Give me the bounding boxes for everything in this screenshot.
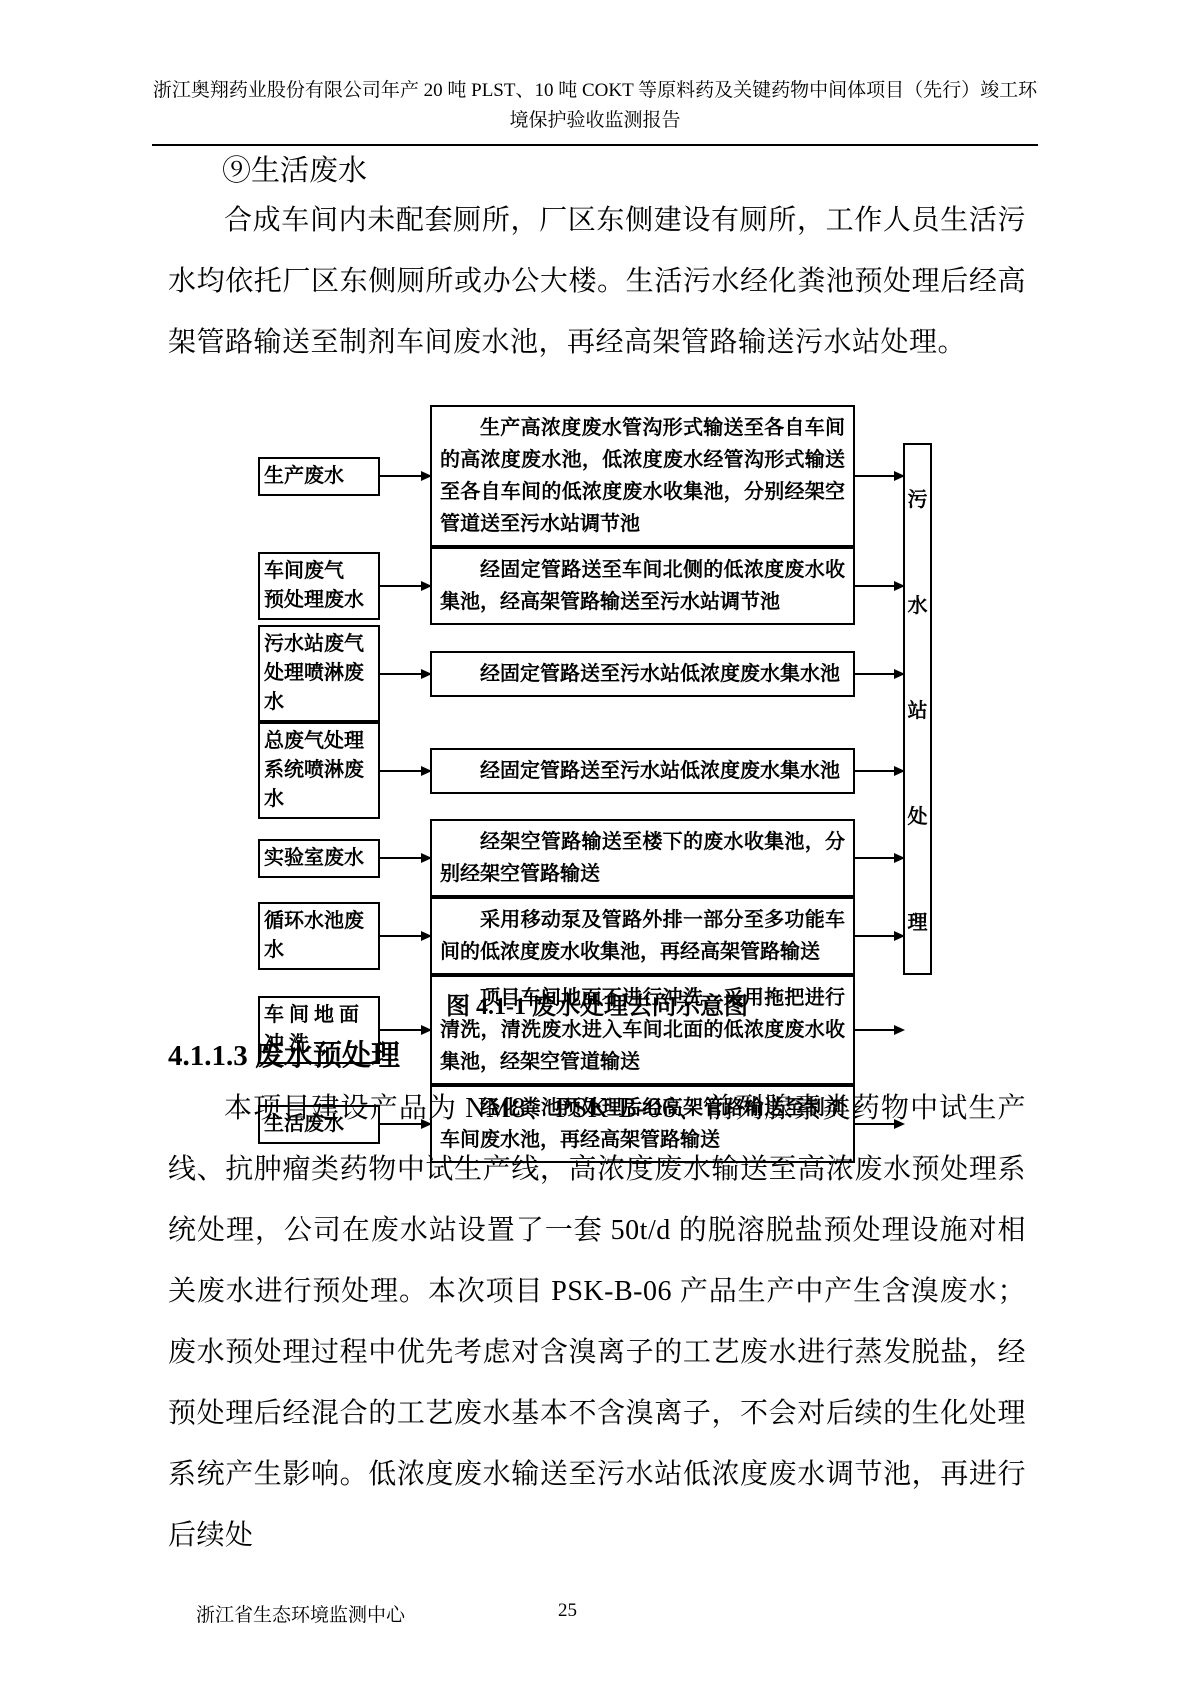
route-box: 经固定管路送至污水站低浓度废水集水池 — [430, 651, 855, 697]
flow-row-laboratory-wastewater: 实验室废水 经架空管路输送至楼下的废水收集池，分别经架空管路输送 — [258, 819, 903, 897]
section-9-paragraph: 合成车间内未配套厕所，厂区东侧建设有厕所，工作人员生活污水均依托厂区东侧厕所或办… — [168, 190, 1026, 373]
route-box: 经架空管路输送至楼下的废水收集池，分别经架空管路输送 — [430, 819, 855, 897]
source-box: 循环水池废水 — [258, 902, 380, 970]
document-page: 浙江奥翔药业股份有限公司年产 20 吨 PLST、10 吨 COKT 等原料药及… — [0, 0, 1190, 1683]
header-line-1: 浙江奥翔药业股份有限公司年产 20 吨 PLST、10 吨 COKT 等原料药及… — [152, 76, 1038, 106]
flow-row-production-wastewater: 生产废水 生产高浓度废水管沟形式输送至各自车间的高浓度废水池，低浓度废水经管沟形… — [258, 405, 903, 547]
source-box: 污水站废气 处理喷淋废水 — [258, 625, 380, 722]
page-number: 25 — [558, 1600, 577, 1622]
figure-caption: 图 4.1-1 废水处理去向示意图 — [168, 986, 1026, 1021]
flow-arrow-icon — [855, 673, 903, 675]
source-box: 生产废水 — [258, 457, 380, 496]
source-box: 实验室废水 — [258, 839, 380, 878]
flow-rows: 生产废水 生产高浓度废水管沟形式输送至各自车间的高浓度废水池，低浓度废水经管沟形… — [258, 405, 903, 975]
wastewater-flow-diagram: 生产废水 生产高浓度废水管沟形式输送至各自车间的高浓度废水池，低浓度废水经管沟形… — [258, 405, 936, 975]
flow-arrow-icon — [855, 1029, 903, 1031]
sink-char: 处 — [908, 800, 928, 829]
footer-organization: 浙江省生态环境监测中心 — [196, 1600, 405, 1627]
section-heading-4113: 4.1.1.3 废水预处理 — [168, 1033, 400, 1074]
sink-char: 理 — [908, 906, 928, 935]
route-box: 经固定管路送至污水站低浓度废水集水池 — [430, 748, 855, 794]
section-heading-9: ⑨生活废水 — [222, 148, 367, 189]
flow-arrow-icon — [380, 585, 430, 587]
flow-arrow-icon — [380, 673, 430, 675]
sewage-station-treatment-box: 污 水 站 处 理 — [903, 443, 932, 975]
flow-arrow-icon — [380, 770, 430, 772]
flow-arrow-icon — [855, 475, 903, 477]
flow-arrow-icon — [380, 1029, 430, 1031]
flow-row-workshop-exhaust-pretreat: 车间废气 预处理废水 经固定管路送至车间北侧的低浓度废水收集池，经高架管路输送至… — [258, 547, 903, 625]
source-box: 车间废气 预处理废水 — [258, 552, 380, 620]
route-box: 生产高浓度废水管沟形式输送至各自车间的高浓度废水池，低浓度废水经管沟形式输送至各… — [430, 405, 855, 547]
flow-arrow-icon — [380, 935, 430, 937]
flow-arrow-icon — [855, 585, 903, 587]
sink-char: 水 — [908, 589, 928, 618]
route-box: 采用移动泵及管路外排一部分至多功能车间的低浓度废水收集池，再经高架管路输送 — [430, 897, 855, 975]
flow-row-total-exhaust-spray: 总废气处理 系统喷淋废水 经固定管路送至污水站低浓度废水集水池 — [258, 722, 903, 819]
sink-char: 污 — [908, 483, 928, 512]
flow-arrow-icon — [380, 475, 430, 477]
flow-row-circulating-pool: 循环水池废水 采用移动泵及管路外排一部分至多功能车间的低浓度废水收集池，再经高架… — [258, 897, 903, 975]
header-line-2: 境保护验收监测报告 — [152, 106, 1038, 136]
flow-arrow-icon — [380, 857, 430, 859]
source-box: 总废气处理 系统喷淋废水 — [258, 722, 380, 819]
sink-char: 站 — [908, 694, 928, 723]
route-box: 经固定管路送至车间北侧的低浓度废水收集池，经高架管路输送至污水站调节池 — [430, 547, 855, 625]
page-header: 浙江奥翔药业股份有限公司年产 20 吨 PLST、10 吨 COKT 等原料药及… — [152, 76, 1038, 146]
flow-arrow-icon — [855, 770, 903, 772]
section-4113-paragraph: 本项目建设产品为 NM8、PSK-B-06、前列腺素类药物中试生产线、抗肿瘤类药… — [168, 1078, 1026, 1566]
flow-row-sewage-station-spray: 污水站废气 处理喷淋废水 经固定管路送至污水站低浓度废水集水池 — [258, 625, 903, 722]
flow-arrow-icon — [855, 935, 903, 937]
flow-arrow-icon — [855, 857, 903, 859]
